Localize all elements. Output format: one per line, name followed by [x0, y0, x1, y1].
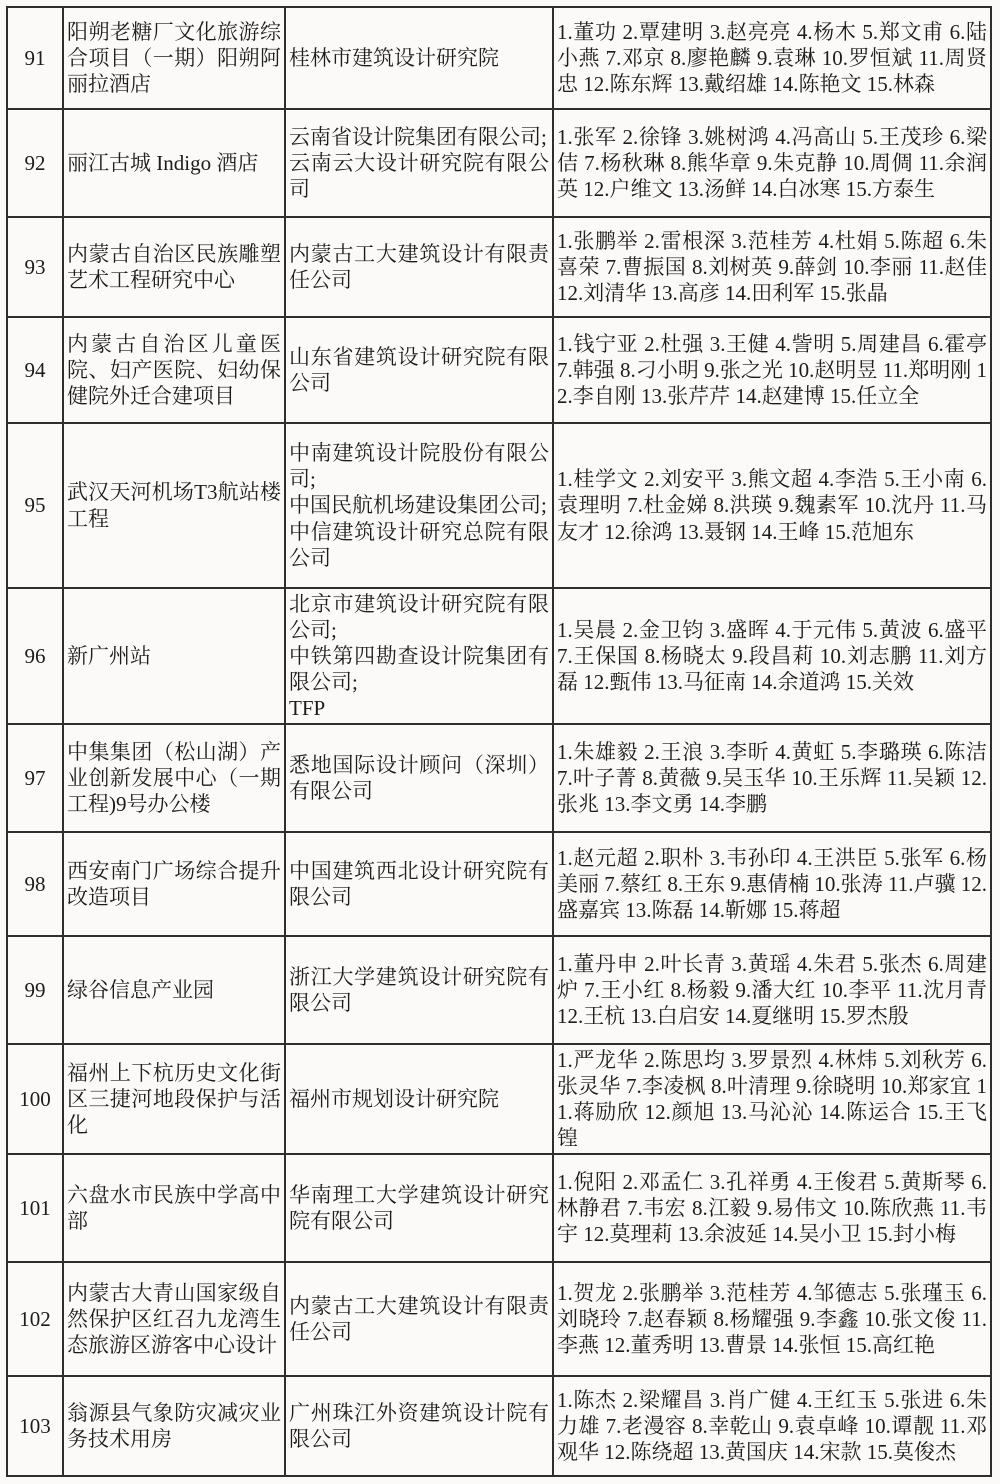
row-number: 101: [7, 1154, 63, 1262]
winners-list: 1.赵元超 2.职朴 3.韦孙印 4.王洪臣 5.张军 6.杨美丽 7.蔡红 8…: [553, 832, 991, 936]
project-award-table: 91 阳朔老糖厂文化旅游综合项目（一期）阳朔阿丽拉酒店 桂林市建筑设计研究院 1…: [6, 6, 992, 1477]
project-name: 内蒙古大青山国家级自然保护区红召九龙湾生态旅游区游客中心设计: [63, 1262, 285, 1376]
row-number: 97: [7, 724, 63, 832]
winners-list: 1.董丹申 2.叶长青 3.黄瑶 4.朱君 5.张杰 6.周建炉 7.王小红 8…: [553, 936, 991, 1044]
winners-list: 1.陈杰 2.梁耀昌 3.肖广健 4.王红玉 5.张进 6.朱力雄 7.老漫容 …: [553, 1376, 991, 1476]
row-number: 103: [7, 1376, 63, 1476]
project-name: 六盘水市民族中学高中部: [63, 1154, 285, 1262]
row-number: 98: [7, 832, 63, 936]
table-row: 91 阳朔老糖厂文化旅游综合项目（一期）阳朔阿丽拉酒店 桂林市建筑设计研究院 1…: [7, 7, 991, 109]
design-institute: 华南理工大学建筑设计研究院有限公司: [285, 1154, 553, 1262]
design-institute: 浙江大学建筑设计研究院有限公司: [285, 936, 553, 1044]
table-row: 92 丽江古城 Indigo 酒店 云南省设计院集团有限公司; 云南云大设计研究…: [7, 109, 991, 217]
design-institute: 内蒙古工大建筑设计有限责任公司: [285, 1262, 553, 1376]
design-institute: 中国建筑西北设计研究院有限公司: [285, 832, 553, 936]
project-name: 绿谷信息产业园: [63, 936, 285, 1044]
scanned-document-page: 91 阳朔老糖厂文化旅游综合项目（一期）阳朔阿丽拉酒店 桂林市建筑设计研究院 1…: [0, 0, 1000, 1484]
table-row: 100 福州上下杭历史文化街区三捷河地段保护与活化 福州市规划设计研究院 1.严…: [7, 1044, 991, 1154]
table-row: 95 武汉天河机场T3航站楼工程 中南建筑设计院股份有限公司; 中国民航机场建设…: [7, 423, 991, 588]
design-institute: 福州市规划设计研究院: [285, 1044, 553, 1154]
design-institute: 中南建筑设计院股份有限公司; 中国民航机场建设集团公司; 中信建筑设计研究总院有…: [285, 423, 553, 588]
table-row: 94 内蒙古自治区儿童医院、妇产医院、妇幼保健院外迁合建项目 山东省建筑设计研究…: [7, 317, 991, 423]
winners-list: 1.张军 2.徐锋 3.姚树鸿 4.冯高山 5.王茂珍 6.梁佶 7.杨秋琳 8…: [553, 109, 991, 217]
table-row: 101 六盘水市民族中学高中部 华南理工大学建筑设计研究院有限公司 1.倪阳 2…: [7, 1154, 991, 1262]
project-name: 内蒙古自治区儿童医院、妇产医院、妇幼保健院外迁合建项目: [63, 317, 285, 423]
table-row: 103 翁源县气象防灾减灾业务技术用房 广州珠江外资建筑设计院有限公司 1.陈杰…: [7, 1376, 991, 1476]
table-row: 102 内蒙古大青山国家级自然保护区红召九龙湾生态旅游区游客中心设计 内蒙古工大…: [7, 1262, 991, 1376]
project-name: 西安南门广场综合提升改造项目: [63, 832, 285, 936]
design-institute: 山东省建筑设计研究院有限公司: [285, 317, 553, 423]
winners-list: 1.贺龙 2.张鹏举 3.范桂芳 4.邹德志 5.张瑾玉 6.刘晓玲 7.赵春颖…: [553, 1262, 991, 1376]
row-number: 100: [7, 1044, 63, 1154]
row-number: 99: [7, 936, 63, 1044]
row-number: 92: [7, 109, 63, 217]
table-row: 98 西安南门广场综合提升改造项目 中国建筑西北设计研究院有限公司 1.赵元超 …: [7, 832, 991, 936]
design-institute: 桂林市建筑设计研究院: [285, 7, 553, 109]
project-name: 福州上下杭历史文化街区三捷河地段保护与活化: [63, 1044, 285, 1154]
row-number: 91: [7, 7, 63, 109]
design-institute: 悉地国际设计顾问（深圳）有限公司: [285, 724, 553, 832]
winners-list: 1.董功 2.覃建明 3.赵亮亮 4.杨木 5.郑文甫 6.陆小燕 7.邓京 8…: [553, 7, 991, 109]
row-number: 94: [7, 317, 63, 423]
winners-list: 1.桂学文 2.刘安平 3.熊文超 4.李浩 5.王小南 6.袁理明 7.杜金娣…: [553, 423, 991, 588]
winners-list: 1.张鹏举 2.雷根深 3.范桂芳 4.杜娟 5.陈超 6.朱喜荣 7.曹振国 …: [553, 217, 991, 317]
winners-list: 1.严龙华 2.陈思均 3.罗景烈 4.林炜 5.刘秋芳 6.张灵华 7.李凌枫…: [553, 1044, 991, 1154]
table-row: 99 绿谷信息产业园 浙江大学建筑设计研究院有限公司 1.董丹申 2.叶长青 3…: [7, 936, 991, 1044]
row-number: 93: [7, 217, 63, 317]
project-name: 丽江古城 Indigo 酒店: [63, 109, 285, 217]
row-number: 95: [7, 423, 63, 588]
table-row: 97 中集集团（松山湖）产业创新发展中心（一期工程)9号办公楼 悉地国际设计顾问…: [7, 724, 991, 832]
winners-list: 1.吴晨 2.金卫钧 3.盛晖 4.于元伟 5.黄波 6.盛平 7.王保国 8.…: [553, 588, 991, 724]
design-institute: 北京市建筑设计研究院有限公司; 中铁第四勘查设计院集团有限公司; TFP: [285, 588, 553, 724]
project-name: 武汉天河机场T3航站楼工程: [63, 423, 285, 588]
winners-list: 1.倪阳 2.邓孟仁 3.孔祥勇 4.王俊君 5.黄斯琴 6.林静君 7.韦宏 …: [553, 1154, 991, 1262]
row-number: 102: [7, 1262, 63, 1376]
winners-list: 1.钱宁亚 2.杜强 3.王健 4.訾明 5.周建昌 6.霍亭 7.韩强 8.刁…: [553, 317, 991, 423]
project-name: 中集集团（松山湖）产业创新发展中心（一期工程)9号办公楼: [63, 724, 285, 832]
table-row: 96 新广州站 北京市建筑设计研究院有限公司; 中铁第四勘查设计院集团有限公司;…: [7, 588, 991, 724]
design-institute: 云南省设计院集团有限公司; 云南云大设计研究院有限公司: [285, 109, 553, 217]
row-number: 96: [7, 588, 63, 724]
project-name: 内蒙古自治区民族雕塑艺术工程研究中心: [63, 217, 285, 317]
winners-list: 1.朱雄毅 2.王浪 3.李昕 4.黄虹 5.李璐瑛 6.陈洁 7.叶子菁 8.…: [553, 724, 991, 832]
project-name: 新广州站: [63, 588, 285, 724]
design-institute: 广州珠江外资建筑设计院有限公司: [285, 1376, 553, 1476]
design-institute: 内蒙古工大建筑设计有限责任公司: [285, 217, 553, 317]
project-name: 阳朔老糖厂文化旅游综合项目（一期）阳朔阿丽拉酒店: [63, 7, 285, 109]
table-row: 93 内蒙古自治区民族雕塑艺术工程研究中心 内蒙古工大建筑设计有限责任公司 1.…: [7, 217, 991, 317]
project-name: 翁源县气象防灾减灾业务技术用房: [63, 1376, 285, 1476]
